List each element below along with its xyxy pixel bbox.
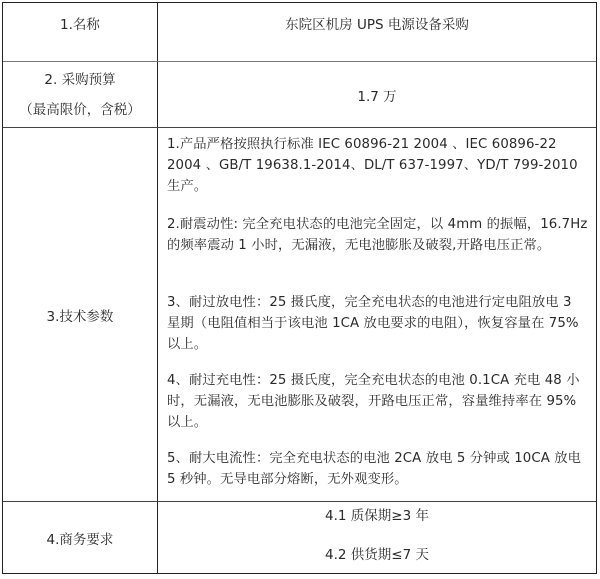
- row-budget: 2. 采购预算 （最高限价，含税） 1.7 万: [3, 62, 596, 128]
- label-subtext: （最高限价，含税）: [19, 95, 141, 125]
- label-name: 1.名称: [3, 3, 158, 61]
- value-text: 东院区机房 UPS 电源设备采购: [285, 13, 469, 33]
- value-name: 东院区机房 UPS 电源设备采购: [158, 3, 596, 61]
- label-text: 2. 采购预算: [44, 65, 115, 95]
- row-name: 1.名称 东院区机房 UPS 电源设备采购: [3, 3, 596, 62]
- tech-param-2: 2.耐震动性: 完全充电状态的电池完全固定，以 4mm 的振幅，16.7Hz 的…: [167, 214, 588, 256]
- value-budget: 1.7 万: [158, 62, 596, 127]
- value-text: 1.7 万: [357, 85, 396, 105]
- label-budget: 2. 采购预算 （最高限价，含税）: [3, 62, 158, 127]
- tech-param-4: 4、耐过充电性：25 摄氏度，完全充电状态的电池 0.1CA 充电 48 小时，…: [167, 370, 588, 433]
- label-business: 4.商务要求: [3, 502, 158, 573]
- row-business: 4.商务要求 4.1 质保期≥3 年 4.2 供货期≤7 天: [3, 502, 596, 573]
- tech-param-3: 3、耐过放电性：25 摄氏度，完全充电状态的电池进行定电阻放电 3 星期（电阻值…: [167, 292, 588, 355]
- warranty-item: 4.1 质保期≥3 年: [158, 504, 596, 524]
- row-tech-params: 3.技术参数 1.产品严格按照执行标准 IEC 60896-21 2004 、I…: [3, 128, 596, 502]
- label-text: 1.名称: [60, 13, 100, 33]
- value-tech-params: 1.产品严格按照执行标准 IEC 60896-21 2004 、IEC 6089…: [158, 128, 596, 501]
- label-text: 3.技术参数: [47, 305, 114, 325]
- procurement-table: 1.名称 东院区机房 UPS 电源设备采购 2. 采购预算 （最高限价，含税） …: [2, 2, 597, 574]
- delivery-item: 4.2 供货期≤7 天: [158, 543, 596, 563]
- label-text: 4.商务要求: [47, 528, 114, 548]
- value-business: 4.1 质保期≥3 年 4.2 供货期≤7 天: [158, 502, 596, 573]
- tech-param-1: 1.产品严格按照执行标准 IEC 60896-21 2004 、IEC 6089…: [167, 134, 588, 197]
- tech-param-5: 5、耐大电流性：完全充电状态的电池 2CA 放电 5 分钟或 10CA 放电 5…: [167, 448, 588, 490]
- label-tech-params: 3.技术参数: [3, 128, 158, 501]
